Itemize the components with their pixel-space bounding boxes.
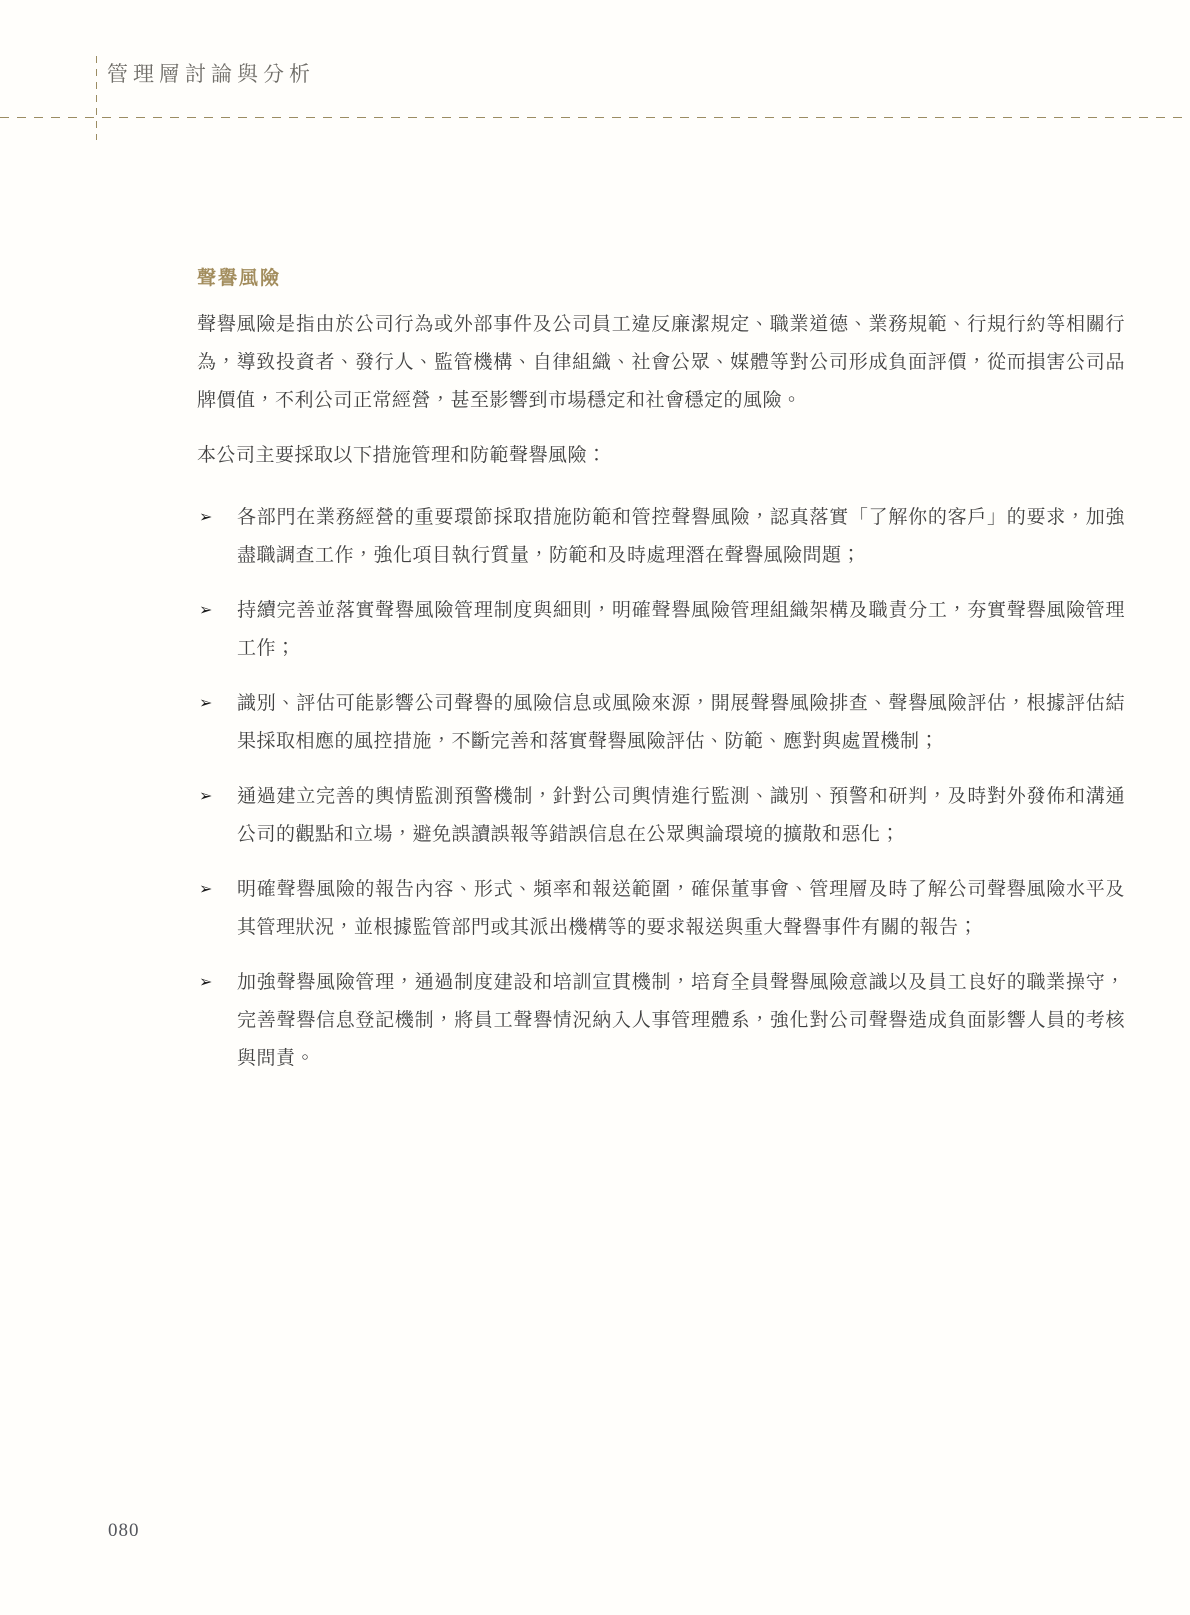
header-horizontal-dashed-line <box>0 117 1190 118</box>
section-title: 聲譽風險 <box>197 263 1125 290</box>
list-item-text: 識別、評估可能影響公司聲譽的風險信息或風險來源，開展聲譽風險排查、聲譽風險評估，… <box>237 693 1125 752</box>
list-item: ➢ 明確聲譽風險的報告內容、形式、頻率和報送範圍，確保董事會、管理層及時了解公司… <box>197 871 1125 947</box>
list-item-text: 加強聲譽風險管理，通過制度建設和培訓宣貫機制，培育全員聲譽風險意識以及員工良好的… <box>237 972 1125 1069</box>
list-item: ➢ 加強聲譽風險管理，通過制度建設和培訓宣貫機制，培育全員聲譽風險意識以及員工良… <box>197 964 1125 1078</box>
arrow-bullet-icon: ➢ <box>199 964 212 1002</box>
arrow-bullet-icon: ➢ <box>199 592 212 630</box>
list-item-text: 各部門在業務經營的重要環節採取措施防範和管控聲譽風險，認真落實「了解你的客戶」的… <box>237 507 1125 566</box>
intro-paragraph: 聲譽風險是指由於公司行為或外部事件及公司員工違反廉潔規定、職業道德、業務規範、行… <box>197 306 1125 420</box>
arrow-bullet-icon: ➢ <box>199 871 212 909</box>
lead-paragraph: 本公司主要採取以下措施管理和防範聲譽風險： <box>197 437 1125 475</box>
list-item-text: 明確聲譽風險的報告內容、形式、頻率和報送範圍，確保董事會、管理層及時了解公司聲譽… <box>237 879 1125 938</box>
page-header-title: 管理層討論與分析 <box>107 58 315 88</box>
arrow-bullet-icon: ➢ <box>199 685 212 723</box>
list-item: ➢ 各部門在業務經營的重要環節採取措施防範和管控聲譽風險，認真落實「了解你的客戶… <box>197 499 1125 575</box>
list-item: ➢ 通過建立完善的輿情監測預警機制，針對公司輿情進行監測、識別、預警和研判，及時… <box>197 778 1125 854</box>
list-item-text: 持續完善並落實聲譽風險管理制度與細則，明確聲譽風險管理組織架構及職責分工，夯實聲… <box>237 600 1125 659</box>
measures-list: ➢ 各部門在業務經營的重要環節採取措施防範和管控聲譽風險，認真落實「了解你的客戶… <box>197 499 1125 1078</box>
list-item: ➢ 持續完善並落實聲譽風險管理制度與細則，明確聲譽風險管理組織架構及職責分工，夯… <box>197 592 1125 668</box>
arrow-bullet-icon: ➢ <box>199 499 212 537</box>
arrow-bullet-icon: ➢ <box>199 778 212 816</box>
page-number: 080 <box>108 1520 140 1542</box>
document-page: { "page": { "header_title": "管理層討論與分析", … <box>0 0 1190 1615</box>
header-vertical-dashed-line <box>96 56 97 140</box>
main-content: 聲譽風險 聲譽風險是指由於公司行為或外部事件及公司員工違反廉潔規定、職業道德、業… <box>197 263 1125 1095</box>
list-item: ➢ 識別、評估可能影響公司聲譽的風險信息或風險來源，開展聲譽風險排查、聲譽風險評… <box>197 685 1125 761</box>
list-item-text: 通過建立完善的輿情監測預警機制，針對公司輿情進行監測、識別、預警和研判，及時對外… <box>237 786 1125 845</box>
